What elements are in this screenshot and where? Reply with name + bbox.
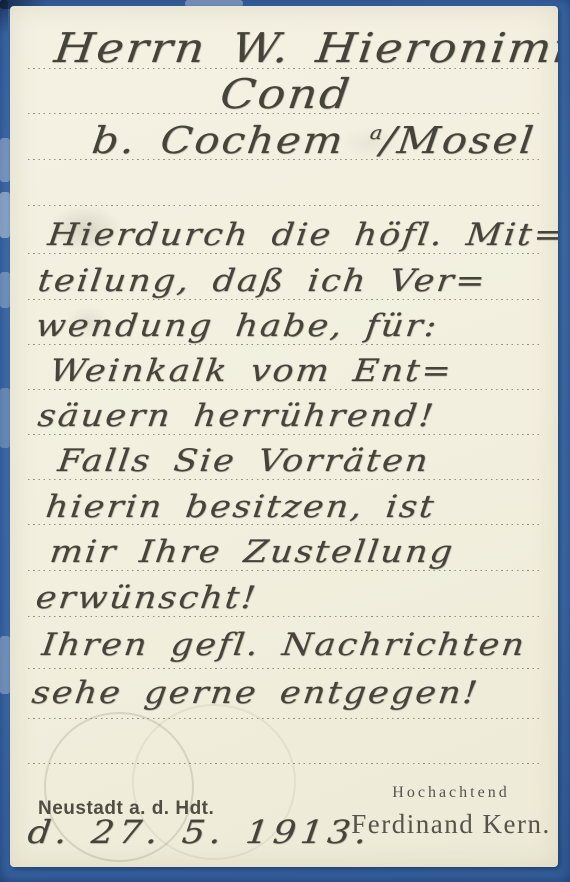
ruled-dotted-line bbox=[28, 479, 542, 481]
printed-closing: Hochachtend bbox=[348, 784, 554, 802]
handwritten-date: d. 27. 5. 1913. bbox=[26, 816, 373, 848]
ruled-dotted-line bbox=[28, 570, 542, 572]
signature-block: Hochachtend Ferdinand Kern. bbox=[348, 784, 554, 840]
handwritten-body-line: Ihren gefl. Nachrichten bbox=[40, 630, 528, 661]
handwritten-body-line: mir Ihre Zustellung bbox=[48, 537, 456, 568]
handwritten-body-line: säuern herrührend! bbox=[36, 401, 437, 432]
postcard-card: Herrn W. Hieronimi Cond b. Cochem a/Mose… bbox=[10, 6, 558, 867]
ruled-dotted-line bbox=[28, 389, 542, 391]
address-district-river: /Mosel bbox=[379, 119, 538, 162]
handwritten-body-line: teilung, daß ich Ver= bbox=[36, 266, 489, 297]
border-light-patch bbox=[0, 636, 10, 694]
printed-signature: Ferdinand Kern. bbox=[348, 809, 554, 840]
ruled-dotted-line bbox=[28, 299, 542, 301]
border-shadow-mark bbox=[0, 0, 8, 34]
ruled-dotted-line bbox=[28, 616, 542, 618]
ruled-dotted-line bbox=[28, 344, 542, 346]
border-light-patch bbox=[0, 138, 10, 182]
address-line-recipient: Herrn W. Hieronimi bbox=[52, 28, 558, 69]
handwritten-body-line: Weinkalk vom Ent= bbox=[48, 356, 455, 387]
ruled-dotted-line bbox=[28, 253, 542, 255]
handwritten-body-line: wendung habe, für: bbox=[34, 311, 440, 342]
address-line-town: Cond bbox=[218, 74, 354, 115]
border-light-patch bbox=[0, 388, 10, 448]
scan-background: Herrn W. Hieronimi Cond b. Cochem a/Mose… bbox=[0, 0, 570, 882]
ruled-dotted-line bbox=[28, 668, 542, 670]
ruled-dotted-line bbox=[28, 434, 542, 436]
border-light-patch bbox=[0, 192, 10, 238]
handwritten-body-line: Hierdurch die höfl. Mit= bbox=[46, 220, 558, 251]
address-district-text: b. Cochem bbox=[90, 119, 372, 162]
ruled-dotted-line bbox=[28, 205, 542, 207]
address-line-district: b. Cochem a/Mosel bbox=[90, 122, 537, 159]
handwritten-body-line: Falls Sie Vorräten bbox=[56, 446, 432, 477]
handwritten-body-line: erwünscht! bbox=[34, 583, 259, 614]
handwritten-body-line: sehe gerne entgegen! bbox=[30, 678, 481, 709]
border-light-patch bbox=[0, 272, 10, 308]
handwritten-body-line: hierin besitzen, ist bbox=[44, 492, 437, 523]
